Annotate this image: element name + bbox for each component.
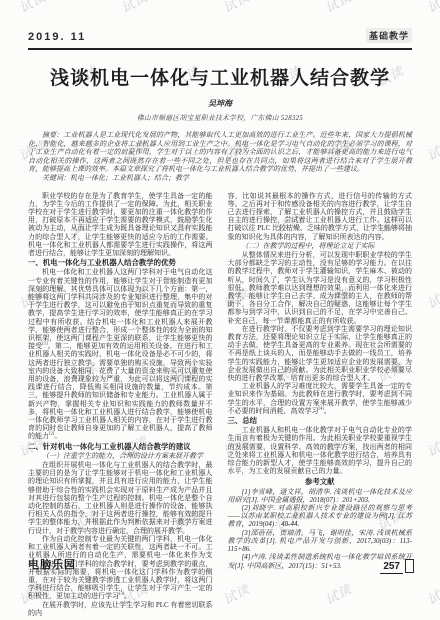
sub-heading: （一）注重学生的能力，合理的设计方案来展开教学 — [28, 452, 213, 460]
author-name: 吴坤海 — [28, 98, 412, 109]
paragraph: 工业机器人的学习难度比较大，需要学生具备一定的专业知识来作为基础。为此教师在进行… — [228, 382, 413, 415]
column-left: 职业学校的存在是为了教育学生，使学生具备一定的能力，为学生今后的工作提供了一定的… — [28, 192, 213, 617]
reference-item: [1]李雪峰，逯文祥，胡清华. 浅谈机电一体化技术及应用研究[J]. 中国金属通… — [228, 488, 413, 504]
abstract: 摘要：工业机器人是工业现代化发展的产物，其能够取代人工更加高效的进行工业生产。近… — [28, 131, 412, 174]
paragraph: 在展开教学时，应该先让学生学习和 PLC 有着密切联系的内 — [28, 601, 213, 617]
paragraph: 机电一体化和工业机器人这两门学科对于电气自动化这一专业有着关键性的作用，能够让学… — [28, 268, 213, 440]
reference-item: [4]卢涛. 浅谈柔性制造系统机电一体化教学培训系统开发[J]. 中国高新区，2… — [228, 553, 413, 569]
sub-heading: （二）在教学的过程中，将理论立足于实际 — [228, 242, 413, 250]
reference-item: [3]邵蓓蓓，贾瑞清，马飞，谢明佳，宋涛. 浅谈机械系教学的改革[J]. 机电产… — [228, 529, 413, 554]
issue-date: 2019. 11 — [28, 31, 86, 43]
column-label: 基础教学 — [366, 28, 412, 43]
paragraph: 职业学校的存在是为了教育学生，使学生具备一定的能力，为学生今后的工作提供了一定的… — [28, 192, 213, 258]
page-title: 浅谈机电一体化与工业机器人结合教学 — [28, 63, 412, 90]
paragraph: 在组织开展机电一体化与工业机器人的结合教学时，最主要的目的是为了让学生能够对于机… — [28, 461, 213, 535]
paragraph: 作为自动化控制专业最为关键的两门学科，机电一体化和工业机器人两者有着一定的关联性… — [28, 535, 213, 601]
keywords-label: 关键词： — [42, 174, 70, 182]
author-affiliation: 佛山市顺德区胡宝星职业技术学校，广东佛山 528325 — [28, 112, 412, 122]
page-content: 2019. 11 基础教学 浅谈机电一体化与工业机器人结合教学 吴坤海 佛山市顺… — [0, 0, 440, 620]
paragraph: 工业机器人和机电一体化教学对于电气自动化专业的学生而言有着极为关键的作用。为此相… — [228, 426, 413, 475]
reference-item: [2]刘晓宇. 对高职校新兴专业建设路径的观察与思考——以苏南某职校工业机器人技… — [228, 504, 413, 529]
paragraph: 在进行教学时，不仅要考虑到学生需要学习的理论知识教育方法，还要将理论知识立足于实… — [228, 325, 413, 382]
paragraph: 容，比如说其最根本的操作方式，进行信号的传输的方式等。之后再对于和传感设备相关的… — [228, 192, 413, 241]
keywords-text: 机电一体化；工业机器人；结合；教学 — [70, 174, 189, 182]
abstract-block: 摘要：工业机器人是工业现代化发展的产物，其能够取代人工更加高效的进行工业生产。近… — [28, 131, 412, 183]
section-heading: 一、机电一体化与工业机器人结合教学的优势 — [28, 259, 213, 267]
section-heading: 三、总结 — [228, 417, 413, 425]
paragraph: 从整体情况来进行分析，可以发现中职职业学校的学生大部分都缺乏学习的主动性，没有足… — [228, 251, 413, 325]
references-heading: 参考文献 — [228, 478, 413, 486]
paper-page: 试读试读试读试读试读试读试读试读试读试读试读试读试读试读试读试读试读试读试读试读… — [0, 0, 440, 620]
section-heading: 二、针对机电一体化与工业机器人结合教学的建议 — [28, 443, 213, 451]
keywords: 关键词：机电一体化；工业机器人；结合；教学 — [28, 174, 412, 183]
column-right: 容，比如说其最根本的操作方式，进行信号的传输的方式等。之后再对于和传感设备相关的… — [228, 192, 413, 617]
abstract-label: 摘要： — [42, 131, 63, 139]
article-body: 职业学校的存在是为了教育学生，使学生具备一定的能力，为学生今后的工作提供了一定的… — [28, 192, 412, 617]
page-header: 2019. 11 基础教学 — [28, 28, 412, 50]
abstract-text: 工业机器人是工业现代化发展的产物，其能够取代人工更加高效的进行工业生产。近些年来… — [28, 131, 412, 173]
